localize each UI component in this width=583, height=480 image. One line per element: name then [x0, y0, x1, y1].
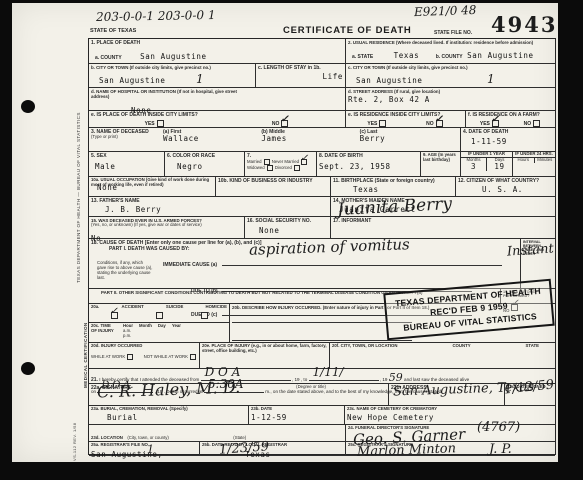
time-of-injury-label: 20c. TIME OF INJURY [91, 324, 117, 339]
burial-date-value: 1-12-59 [251, 414, 342, 422]
injury-city-label: 20f. CITY, TOWN, OR LOCATION [332, 344, 398, 349]
margin-form-number: VS-112 REV. 1/58 [72, 423, 77, 461]
injury-20a-label: 20a. [91, 305, 99, 310]
date-of-birth-value: Sept. 23, 1958 [319, 163, 418, 171]
race-value: Negro [177, 163, 242, 171]
race-label: 6. COLOR OR RACE [167, 153, 242, 159]
months-col: Months 3 [461, 158, 487, 171]
field-burial-type: 23a. BURIAL, CREMATION, REMOVAL (Specify… [89, 406, 249, 424]
field-occupation: 10a. USUAL OCCUPATION (Give kind of work… [89, 177, 216, 196]
pod-limits-yes-checkbox [157, 120, 164, 127]
month-label: Month [139, 324, 152, 339]
field-informant: 17. INFORMANT [331, 217, 555, 238]
farm-no-checkbox [533, 120, 540, 127]
residence-county-value: San Augustine [467, 51, 534, 60]
street-address-label: d. STREET ADDRESS (If rural, give locati… [348, 89, 553, 94]
field-business: 10b. KIND OF BUSINESS OR INDUSTRY [216, 177, 331, 196]
field-usual-residence: 2. USUAL RESIDENCE (Where deceased lived… [346, 39, 555, 63]
never-married-checkbox [301, 159, 307, 165]
state-of-texas-label: STATE OF TEXAS [90, 28, 136, 35]
father-name-label: 13. FATHER'S NAME [91, 198, 328, 204]
pod-limits-no: NO [272, 120, 290, 127]
date-of-birth-label: 8. DATE OF BIRTH [319, 153, 418, 159]
birthplace-value: Texas [353, 186, 453, 194]
pod-limits-no-checkbox [281, 120, 288, 127]
certificate-form: 1. PLACE OF DEATH a. COUNTY San Augustin… [88, 38, 556, 455]
field-armed-forces: 15. WAS DECEASED EVER IN U.S. ARMED FORC… [89, 217, 245, 238]
accident-checkbox [111, 312, 118, 319]
handwritten-cause-code: E921/0 48 [414, 3, 477, 19]
field-if-under-1-year: IF UNDER 1 YEAR Months 3 Days 19 [461, 152, 513, 176]
date-of-death-label: 4. DATE OF DEATH [463, 129, 553, 135]
field-injury-occurred: 20d. INJURY OCCURRED WHILE AT WORK NOT W… [89, 343, 200, 368]
field-burial-date: 23b. DATE 1-12-59 [249, 406, 345, 424]
occupation-value: None [97, 184, 117, 192]
field-length-of-stay: c. LENGTH OF STAY in 1b. Life [256, 64, 346, 87]
immediate-cause-label: IMMEDIATE CAUSE (a) [163, 262, 217, 268]
field-date-of-birth: 8. DATE OF BIRTH Sept. 23, 1958 [317, 152, 421, 176]
citizen-value: U. S. A. [482, 186, 553, 194]
burial-type-label: 23a. BURIAL, CREMATION, REMOVAL (Specify… [91, 407, 246, 412]
handwriting-funeral-director-number: (4767) [477, 420, 520, 435]
field-sex: 5. SEX Male [89, 152, 165, 176]
father-name-value: J. B. Berry [105, 206, 328, 214]
certificate-title: CERTIFICATE OF DEATH [283, 25, 412, 36]
residence-state-value: Texas [394, 51, 420, 60]
res-city-precinct-handwritten: 1 [487, 72, 495, 86]
injury-state-label: STATE [526, 344, 539, 349]
pod-city-limits-label: e. IS PLACE OF DEATH INSIDE CITY LIMITS? [91, 112, 343, 118]
field-res-city: c. CITY OR TOWN (If outside city limits,… [346, 64, 555, 87]
injury-occurred-label: 20d. INJURY OCCURRED [91, 344, 197, 349]
punch-hole-top [21, 100, 35, 113]
res-city-limits-label: e. IS RESIDENCE INSIDE CITY LIMITS? [348, 112, 463, 118]
date-of-death-value: 1-11-59 [471, 138, 553, 146]
field-marital-status: 7. Married Never Married Widowed Divorce… [245, 152, 317, 176]
county-label: a. COUNTY [95, 55, 122, 61]
field-ssn: 16. SOCIAL SECURITY NO. None [245, 217, 331, 238]
widowed-checkbox [267, 165, 273, 171]
name-sub-label: (Type or print) [91, 135, 163, 140]
hour-label: Houra.m.p.m. [123, 324, 133, 339]
cemetery-name-label: 23c. NAME OF CEMETERY OR CREMATORY [347, 407, 553, 412]
res-limits-yes-checkbox [379, 120, 386, 127]
scanned-death-certificate: TEXAS DEPARTMENT OF HEALTH — BUREAU OF V… [0, 0, 583, 480]
ssn-label: 16. SOCIAL SECURITY NO. [247, 218, 328, 224]
handwriting-registrar-suffix: J. P. [489, 442, 512, 457]
while-at-work-checkbox [127, 354, 133, 360]
armed-forces-sub-label: (Yes, no, or unknown) (If yes, give war … [91, 223, 242, 228]
registrar-file-no-label: 25a. REGISTRAR'S FILE NO. [91, 443, 197, 448]
certificate-number: 4943 [491, 12, 557, 37]
field-burial-location: 23d. LOCATION (City, town, or county) (S… [89, 425, 346, 441]
birthplace-label: 11. BIRTHPLACE (State or foreign country… [333, 178, 453, 184]
field-residence-farm: f. IS RESIDENCE ON A FARM? YES NO [466, 111, 555, 127]
field-cemetery-name: 23c. NAME OF CEMETERY OR CREMATORY New H… [345, 406, 555, 424]
length-of-stay-value: Life [258, 73, 343, 81]
margin-department-text: TEXAS DEPARTMENT OF HEALTH — BUREAU OF V… [76, 112, 81, 283]
punch-hole-bottom [21, 362, 35, 375]
informant-label: 17. INFORMANT [333, 218, 553, 224]
field-date-of-death: 4. DATE OF DEATH 1-11-59 [461, 128, 555, 151]
field-injury-city-county-state: 20f. CITY, TOWN, OR LOCATION COUNTY STAT… [330, 343, 555, 368]
farm-no: NO [524, 120, 542, 127]
field-name-of-deceased: 3. NAME OF DECEASED (Type or print) (a) … [89, 128, 461, 151]
business-label: 10b. KIND OF BUSINESS OR INDUSTRY [218, 178, 328, 184]
residence-farm-label: f. IS RESIDENCE ON A FARM? [468, 112, 553, 118]
burial-location-label: 23d. LOCATION [91, 435, 123, 440]
res-limits-no-checkbox [436, 120, 443, 127]
certify-to-value: 1/11/ [313, 363, 344, 381]
burial-type-value: Burial [107, 414, 246, 422]
street-address-value: Rte. 2, Box 42 A [348, 96, 553, 104]
farm-yes: YES [480, 120, 500, 127]
field-pod-city: b. CITY OR TOWN (If outside city limits,… [89, 64, 256, 87]
place-of-death-section-label: 1. PLACE OF DEATH [91, 40, 343, 46]
certify-year2-value: 59 [389, 371, 403, 384]
burial-date-label: 23b. DATE [251, 407, 342, 412]
residence-county-label: b. COUNTY [436, 54, 463, 60]
homicide-checkbox [201, 312, 208, 319]
hours-col: Hours [513, 158, 535, 163]
while-at-work: WHILE AT WORK [91, 354, 134, 360]
farm-yes-checkbox [492, 120, 499, 127]
field-birthplace: 11. BIRTHPLACE (State or foreign country… [331, 177, 456, 196]
field-time-of-injury: 20c. TIME OF INJURY Houra.m.p.m. Month D… [89, 323, 229, 342]
field-race: 6. COLOR OR RACE Negro [165, 152, 245, 176]
days-col: Days 19 [487, 158, 512, 171]
injury-county-label: COUNTY [452, 344, 470, 349]
field-res-city-limits: e. IS RESIDENCE INSIDE CITY LIMITS? YES … [346, 111, 466, 127]
field-father-name: 13. FATHER'S NAME J. B. Berry [89, 197, 331, 216]
not-while-at-work-checkbox [190, 354, 196, 360]
cemetery-name-value: New Hope Cemetery [347, 414, 553, 422]
ssn-value: None [259, 227, 328, 235]
last-name-value: Berry [360, 135, 458, 143]
handwritten-file-codes: 203-0-0-1 203-0-0 1 [96, 8, 216, 24]
field-registrar-file-no: 25a. REGISTRAR'S FILE NO. [89, 442, 200, 455]
usual-residence-section-label: 2. USUAL RESIDENCE (Where deceased lived… [348, 40, 553, 45]
pod-city-precinct-handwritten: 1 [196, 72, 204, 86]
res-limits-yes: YES [367, 120, 387, 127]
day-label: Day [158, 324, 166, 339]
hospital-label: d. NAME OF HOSPITAL OR INSTITUTION (If n… [91, 89, 241, 100]
county-value: San Augustine [140, 52, 207, 61]
immediate-cause-line [222, 258, 502, 266]
handwriting-registrar-file-no: 1 [147, 443, 154, 456]
res-city-value: San Augustine [356, 76, 423, 85]
certify-to-blank: 1/11/ [309, 375, 379, 381]
marital-row-2: Widowed Divorced [247, 165, 314, 171]
year-label: Year [172, 324, 181, 339]
res-limits-no: NO [426, 120, 444, 127]
state-file-no-label: STATE FILE NO. [434, 30, 472, 36]
field-if-under-24-hrs: IF UNDER 24 HRS. Hours Minutes [513, 152, 555, 176]
degree-title-label: (Degree or title) [296, 385, 326, 391]
field-place-of-death-county: 1. PLACE OF DEATH a. COUNTY San Augustin… [89, 39, 346, 63]
field-street-address: d. STREET ADDRESS (If rural, give locati… [346, 88, 555, 110]
first-name-value: Wallace [163, 135, 261, 143]
field-age: 9. AGE (In years last birthday) [421, 152, 461, 176]
sex-value: Male [95, 163, 162, 171]
minutes-col: Minutes [535, 158, 556, 163]
field-citizen: 12. CITIZEN OF WHAT COUNTRY? U. S. A. [456, 177, 555, 196]
field-hospital: d. NAME OF HOSPITAL OR INSTITUTION (If n… [89, 88, 346, 110]
conditions-note: Conditions, if any, which gave rise to a… [97, 261, 153, 281]
pod-limits-yes: YES [145, 120, 165, 127]
not-while-at-work: NOT WHILE AT WORK [144, 354, 197, 360]
length-of-stay-label: c. LENGTH OF STAY in 1b. [258, 65, 343, 71]
burial-location-sub1: (City, town, or county) [127, 435, 168, 440]
suicide-checkbox [156, 312, 163, 319]
residence-state-label: a. STATE [352, 54, 373, 60]
res-city-label: c. CITY OR TOWN (If outside city limits,… [348, 65, 553, 70]
place-of-injury-label: 20e. PLACE OF INJURY (e.g., in or about … [202, 344, 327, 354]
months-value: 3 [461, 163, 486, 171]
sex-label: 5. SEX [91, 153, 162, 159]
divorced-checkbox [294, 165, 300, 171]
field-pod-city-limits: e. IS PLACE OF DEATH INSIDE CITY LIMITS?… [89, 111, 346, 127]
pod-city-value: San Augustine [99, 76, 166, 85]
pod-city-label: b. CITY OR TOWN (If outside city limits,… [91, 65, 253, 70]
burial-location-sub2: (State) [233, 435, 246, 440]
middle-name-value: James [261, 135, 359, 143]
days-value: 19 [487, 163, 512, 171]
citizen-label: 12. CITIZEN OF WHAT COUNTRY? [458, 178, 553, 184]
field-accident-suicide-homicide: 20a. ACCIDENT SUICIDE HOMICIDE [89, 304, 229, 323]
describe-injury-line-2 [232, 330, 412, 341]
age-label: 9. AGE (In years last birthday) [423, 153, 458, 163]
